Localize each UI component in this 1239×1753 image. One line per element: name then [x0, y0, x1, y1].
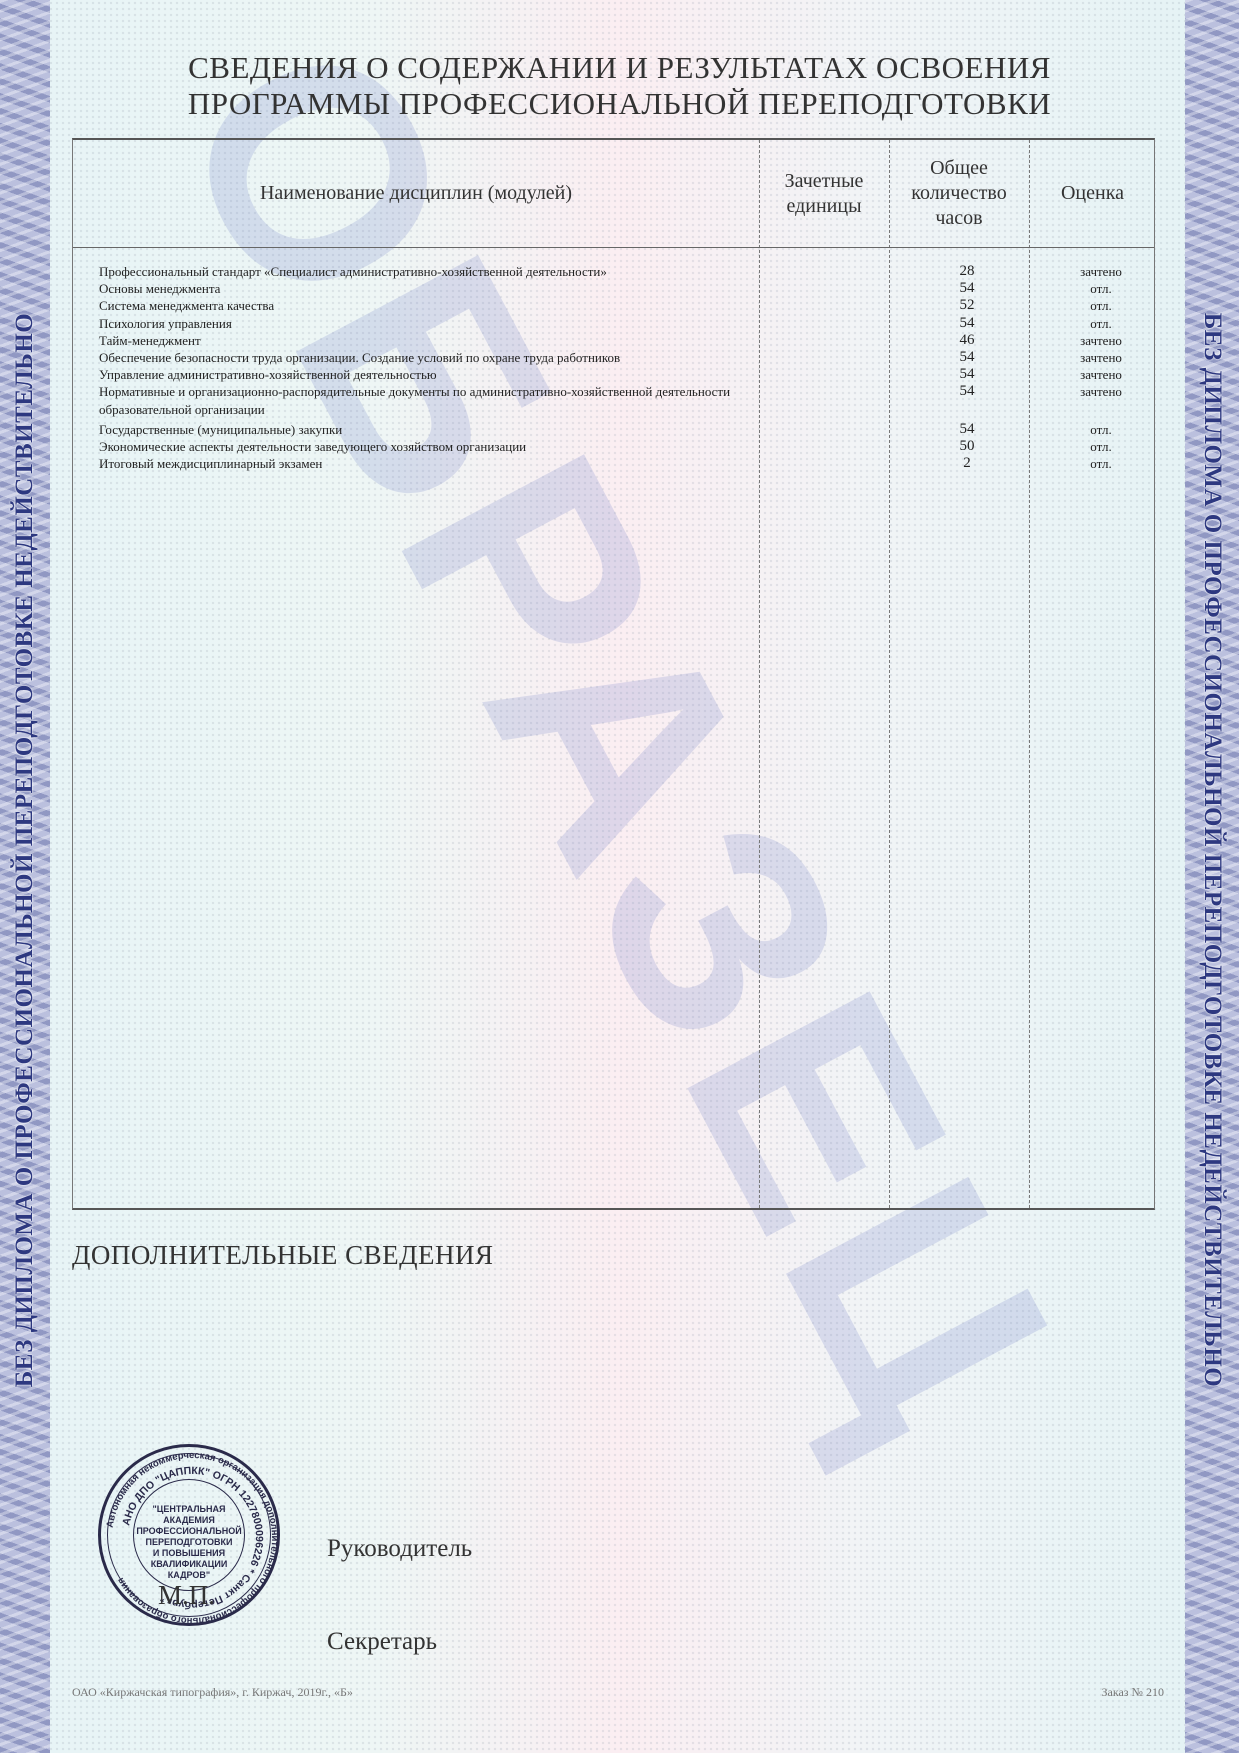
disciplines-table: Наименование дисциплин (модулей) Зачетны… — [72, 138, 1155, 1210]
discipline-hours: 54 — [947, 315, 987, 332]
discipline-grade: зачтено — [1046, 332, 1156, 349]
discipline-name: Обеспечение безопасности труда организац… — [99, 349, 759, 366]
table-row: Управление административно-хозяйственной… — [99, 366, 1156, 383]
table-row: Основы менеджмента54отл. — [99, 280, 1156, 297]
table-row: Обеспечение безопасности труда организац… — [99, 349, 1156, 366]
discipline-name: Итоговый междисциплинарный экзамен — [99, 455, 759, 472]
header-hours-line1: Общее — [911, 156, 1006, 181]
discipline-name: Система менеджмента качества — [99, 297, 759, 314]
discipline-grade: отл. — [1046, 280, 1156, 297]
discipline-grade: зачтено — [1046, 349, 1156, 366]
discipline-name: Тайм-менеджмент — [99, 332, 759, 349]
header-credits-line1: Зачетные — [785, 169, 864, 194]
title-line-2: ПРОГРАММЫ ПРОФЕССИОНАЛЬНОЙ ПЕРЕПОДГОТОВК… — [0, 86, 1239, 122]
header-credits: Зачетные единицы — [759, 140, 889, 247]
discipline-name: Экономические аспекты деятельности завед… — [99, 438, 759, 455]
printer-info: ОАО «Киржачская типография», г. Киржач, … — [72, 1685, 353, 1700]
header-credits-line2: единицы — [785, 194, 864, 219]
discipline-hours: 52 — [947, 297, 987, 314]
discipline-name: Управление административно-хозяйственной… — [99, 366, 759, 383]
discipline-hours: 54 — [947, 383, 987, 400]
discipline-name: Психология управления — [99, 315, 759, 332]
header-discipline: Наименование дисциплин (модулей) — [73, 140, 759, 247]
discipline-grade: зачтено — [1046, 263, 1156, 280]
table-body: Профессиональный стандарт «Специалист ад… — [99, 263, 1156, 472]
discipline-hours: 28 — [947, 263, 987, 280]
table-row: Итоговый междисциплинарный экзамен2отл. — [99, 455, 1156, 472]
discipline-grade: зачтено — [1046, 383, 1156, 400]
discipline-grade: отл. — [1046, 455, 1156, 472]
discipline-grade: зачтено — [1046, 366, 1156, 383]
table-row: Экономические аспекты деятельности завед… — [99, 438, 1156, 455]
right-border-text: БЕЗ ДИПЛОМА О ПРОФЕССИОНАЛЬНОЙ ПЕРЕПОДГО… — [1198, 313, 1226, 1387]
page-title: СВЕДЕНИЯ О СОДЕРЖАНИИ И РЕЗУЛЬТАТАХ ОСВО… — [0, 50, 1239, 122]
secretary-signature-label: Секретарь — [327, 1628, 437, 1656]
discipline-hours: 50 — [947, 438, 987, 455]
table-row: Профессиональный стандарт «Специалист ад… — [99, 263, 1156, 280]
table-row: Психология управления54отл. — [99, 315, 1156, 332]
discipline-hours: 54 — [947, 366, 987, 383]
table-row: Система менеджмента качества52отл. — [99, 297, 1156, 314]
discipline-name: Основы менеджмента — [99, 280, 759, 297]
header-grade: Оценка — [1029, 140, 1156, 247]
discipline-name: Нормативные и организационно-распорядите… — [99, 383, 759, 417]
header-divider — [73, 247, 1154, 248]
left-border-text: БЕЗ ДИПЛОМА О ПРОФЕССИОНАЛЬНОЙ ПЕРЕПОДГО… — [11, 313, 39, 1387]
order-number: Заказ № 210 — [1101, 1685, 1164, 1700]
discipline-hours: 54 — [947, 280, 987, 297]
discipline-grade: отл. — [1046, 297, 1156, 314]
discipline-hours: 54 — [947, 349, 987, 366]
discipline-grade: отл. — [1046, 421, 1156, 438]
table-row: Нормативные и организационно-распорядите… — [99, 383, 1156, 417]
director-signature-label: Руководитель — [327, 1535, 472, 1563]
additional-info-title: ДОПОЛНИТЕЛЬНЫЕ СВЕДЕНИЯ — [72, 1240, 494, 1271]
stamp-core-text: "ЦЕНТРАЛЬНАЯАКАДЕМИЯПРОФЕССИОНАЛЬНОЙПЕРЕ… — [134, 1504, 244, 1581]
header-hours-line3: часов — [911, 206, 1006, 231]
discipline-hours: 46 — [947, 332, 987, 349]
discipline-grade: отл. — [1046, 438, 1156, 455]
discipline-hours: 54 — [947, 421, 987, 438]
table-row: Государственные (муниципальные) закупки5… — [99, 421, 1156, 438]
header-hours: Общее количество часов — [889, 140, 1029, 247]
discipline-hours: 2 — [947, 455, 987, 472]
table-row: Тайм-менеджмент46зачтено — [99, 332, 1156, 349]
seal-place-label: М.П. — [158, 1580, 215, 1611]
title-line-1: СВЕДЕНИЯ О СОДЕРЖАНИИ И РЕЗУЛЬТАТАХ ОСВО… — [0, 50, 1239, 86]
discipline-name: Государственные (муниципальные) закупки — [99, 421, 759, 438]
discipline-grade: отл. — [1046, 315, 1156, 332]
discipline-name: Профессиональный стандарт «Специалист ад… — [99, 263, 759, 280]
stamp-core: "ЦЕНТРАЛЬНАЯАКАДЕМИЯПРОФЕССИОНАЛЬНОЙПЕРЕ… — [133, 1479, 245, 1591]
header-hours-line2: количество — [911, 181, 1006, 206]
